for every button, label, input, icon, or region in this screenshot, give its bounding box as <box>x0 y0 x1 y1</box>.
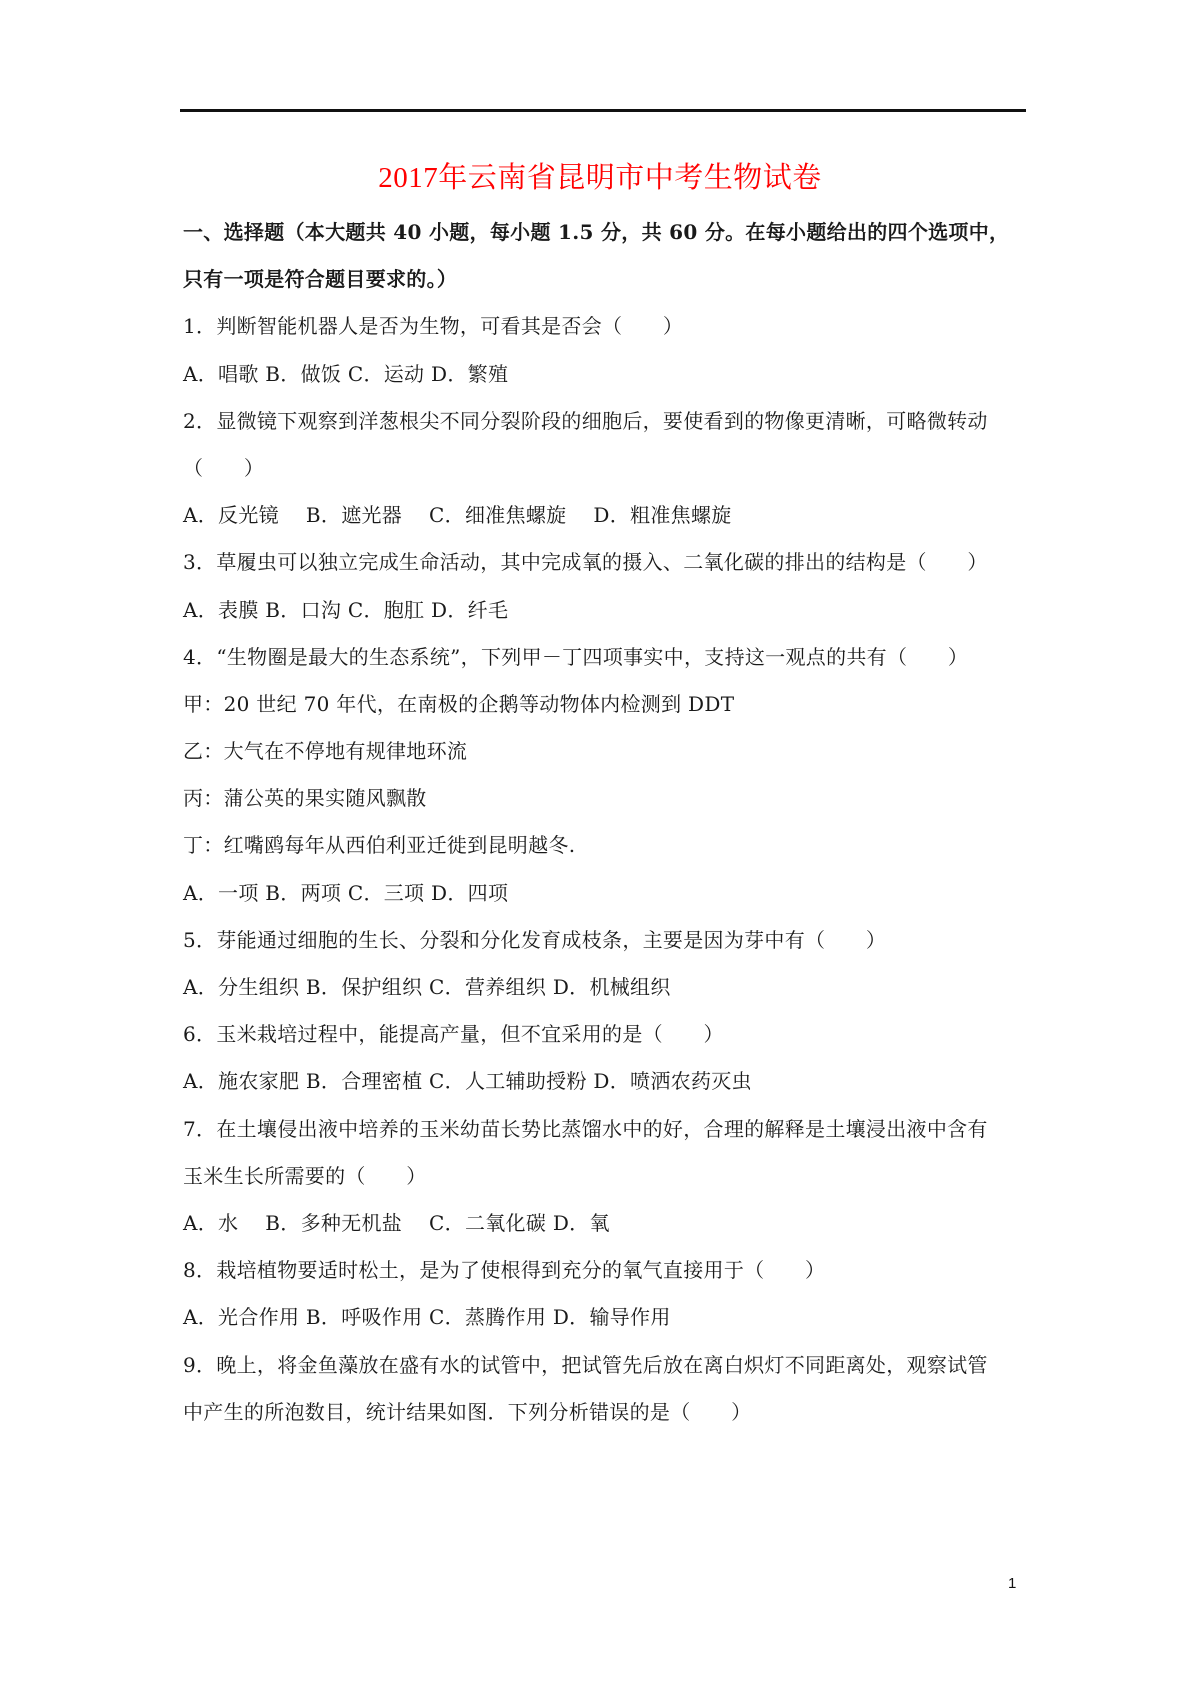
question-5-stem: 5．芽能通过细胞的生长、分裂和分化发育成枝条，主要是因为芽中有（ ） <box>183 917 1028 964</box>
question-2-options: A．反光镜 B．遮光器 C．细准焦螺旋 D．粗准焦螺旋 <box>183 492 1028 539</box>
document-body: 一、选择题（本大题共 40 小题，每小题 1.5 分，共 60 分。在每小题给出… <box>183 209 1028 1436</box>
question-7-stem: 7．在土壤侵出液中培养的玉米幼苗长势比蒸馏水中的好，合理的解释是土壤浸出液中含有 <box>183 1106 1028 1153</box>
document-title: 2017年云南省昆明市中考生物试卷 <box>0 158 1200 198</box>
document-page: 2017年云南省昆明市中考生物试卷 一、选择题（本大题共 40 小题，每小题 1… <box>0 0 1200 1698</box>
question-5-options: A．分生组织 B．保护组织 C．营养组织 D．机械组织 <box>183 964 1028 1011</box>
question-4-fact-yi: 乙：大气在不停地有规律地环流 <box>183 728 1028 775</box>
section-heading-line-1: 一、选择题（本大题共 40 小题，每小题 1.5 分，共 60 分。在每小题给出… <box>183 209 1028 256</box>
question-2-stem-blank: （ ） <box>183 445 1028 492</box>
page-number: 1 <box>1008 1574 1016 1594</box>
question-4-options: A．一项 B．两项 C．三项 D．四项 <box>183 870 1028 917</box>
question-4-fact-bing: 丙：蒲公英的果实随风飘散 <box>183 775 1028 822</box>
question-3-options: A．表膜 B．口沟 C．胞肛 D．纤毛 <box>183 587 1028 634</box>
question-8-stem: 8．栽培植物要适时松土，是为了使根得到充分的氧气直接用于（ ） <box>183 1247 1028 1294</box>
question-3-stem: 3．草履虫可以独立完成生命活动，其中完成氧的摄入、二氧化碳的排出的结构是（ ） <box>183 539 1028 586</box>
question-6-stem: 6．玉米栽培过程中，能提高产量，但不宜采用的是（ ） <box>183 1011 1028 1058</box>
question-4-fact-jia: 甲：20 世纪 70 年代，在南极的企鹅等动物体内检测到 DDT <box>183 681 1028 728</box>
question-4-stem: 4．“生物圈是最大的生态系统”，下列甲－丁四项事实中，支持这一观点的共有（ ） <box>183 634 1028 681</box>
question-6-options: A．施农家肥 B．合理密植 C．人工辅助授粉 D．喷洒农药灭虫 <box>183 1058 1028 1105</box>
question-9-stem: 9．晚上，将金鱼藻放在盛有水的试管中，把试管先后放在离白炽灯不同距离处，观察试管 <box>183 1342 1028 1389</box>
question-2-stem: 2．显微镜下观察到洋葱根尖不同分裂阶段的细胞后，要使看到的物像更清晰，可略微转动 <box>183 398 1028 445</box>
question-7-stem-cont: 玉米生长所需要的（ ） <box>183 1153 1028 1200</box>
question-1-options: A．唱歌 B．做饭 C．运动 D．繁殖 <box>183 351 1028 398</box>
section-heading-line-2: 只有一项是符合题目要求的。） <box>183 256 1028 303</box>
question-4-fact-ding: 丁：红嘴鸥每年从西伯利亚迁徙到昆明越冬. <box>183 822 1028 869</box>
question-8-options: A．光合作用 B．呼吸作用 C．蒸腾作用 D．输导作用 <box>183 1294 1028 1341</box>
question-9-stem-cont: 中产生的所泡数目，统计结果如图．下列分析错误的是（ ） <box>183 1389 1028 1436</box>
question-7-options: A．水 B．多种无机盐 C．二氧化碳 D．氧 <box>183 1200 1028 1247</box>
question-1-stem: 1．判断智能机器人是否为生物，可看其是否会（ ） <box>183 303 1028 350</box>
header-rule <box>180 109 1026 112</box>
